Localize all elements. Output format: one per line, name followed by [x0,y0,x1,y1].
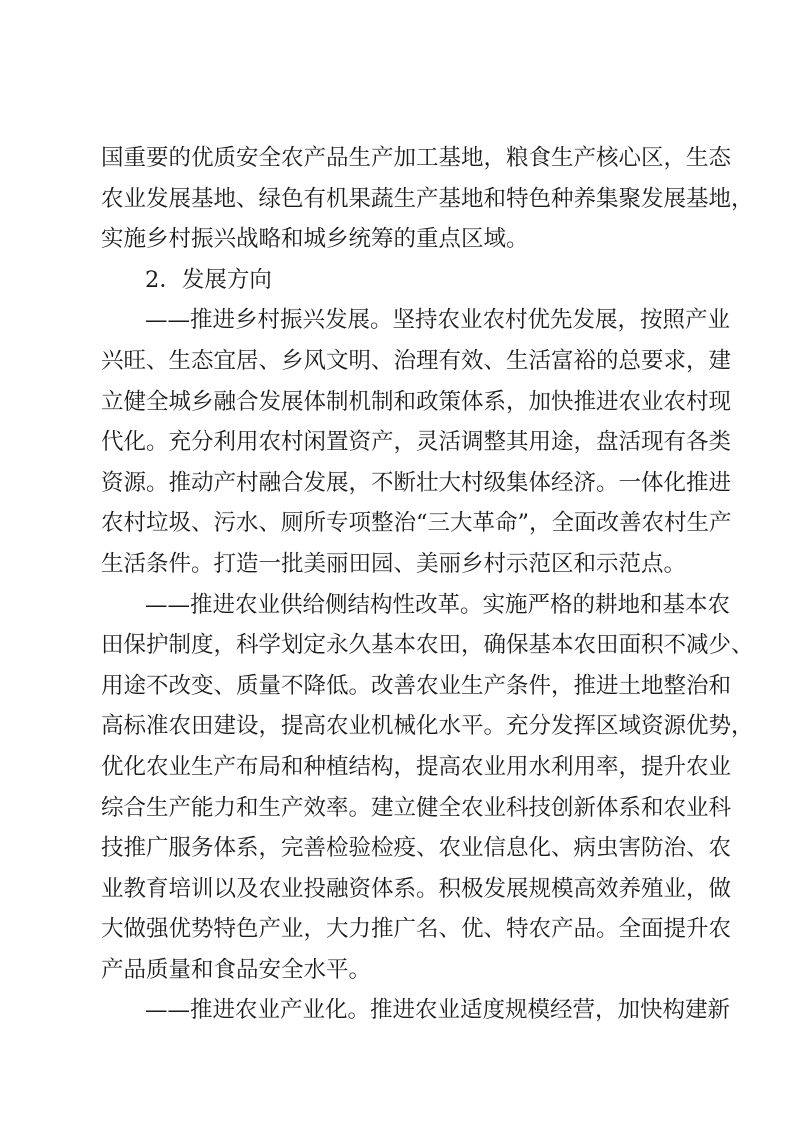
paragraph-line: 实施乡村振兴战略和城乡统筹的重点区域。 [101,219,701,260]
paragraph-line: 高标准农田建设，提高农业机械化水平。充分发挥区域资源优势， [101,706,701,747]
paragraph-line: 生活条件。打造一批美丽田园、美丽乡村示范区和示范点。 [101,544,701,585]
paragraph-line: 技推广服务体系，完善检验检疫、农业信息化、病虫害防治、农 [101,828,701,869]
paragraph-line: 代化。充分利用农村闲置资产，灵活调整其用途，盘活现有各类 [101,422,701,463]
paragraph-line: 资源。推动产村融合发展，不断壮大村级集体经济。一体化推进 [101,463,701,504]
paragraph-line: 业教育培训以及农业投融资体系。积极发展规模高效养殖业，做 [101,869,701,910]
paragraph-line: 田保护制度，科学划定永久基本农田，确保基本农田面积不减少、 [101,625,701,666]
paragraph-line: 国重要的优质安全农产品生产加工基地，粮食生产核心区，生态 [101,138,701,179]
paragraph-line: 农村垃圾、污水、厕所专项整治“三大革命”，全面改善农村生产 [101,503,701,544]
paragraph-line: 大做强优势特色产业，大力推广名、优、特农产品。全面提升农 [101,909,701,950]
paragraph-line: 优化农业生产布局和种植结构，提高农业用水利用率，提升农业 [101,747,701,788]
paragraph-line: ——推进农业产业化。推进农业适度规模经营，加快构建新 [101,990,701,1031]
document-page: 国重要的优质安全农产品生产加工基地，粮食生产核心区，生态 农业发展基地、绿色有机… [101,138,701,1031]
section-heading: 2．发展方向 [101,260,701,301]
paragraph-line: ——推进农业供给侧结构性改革。实施严格的耕地和基本农 [101,585,701,626]
paragraph-line: 农业发展基地、绿色有机果蔬生产基地和特色种养集聚发展基地， [101,179,701,220]
paragraph-line: 立健全城乡融合发展体制机制和政策体系，加快推进农业农村现 [101,382,701,423]
paragraph-line: 用途不改变、质量不降低。改善农业生产条件，推进土地整治和 [101,666,701,707]
paragraph-line: ——推进乡村振兴发展。坚持农业农村优先发展，按照产业 [101,300,701,341]
paragraph-line: 产品质量和食品安全水平。 [101,950,701,991]
paragraph-line: 综合生产能力和生产效率。建立健全农业科技创新体系和农业科 [101,788,701,829]
paragraph-line: 兴旺、生态宜居、乡风文明、治理有效、生活富裕的总要求，建 [101,341,701,382]
